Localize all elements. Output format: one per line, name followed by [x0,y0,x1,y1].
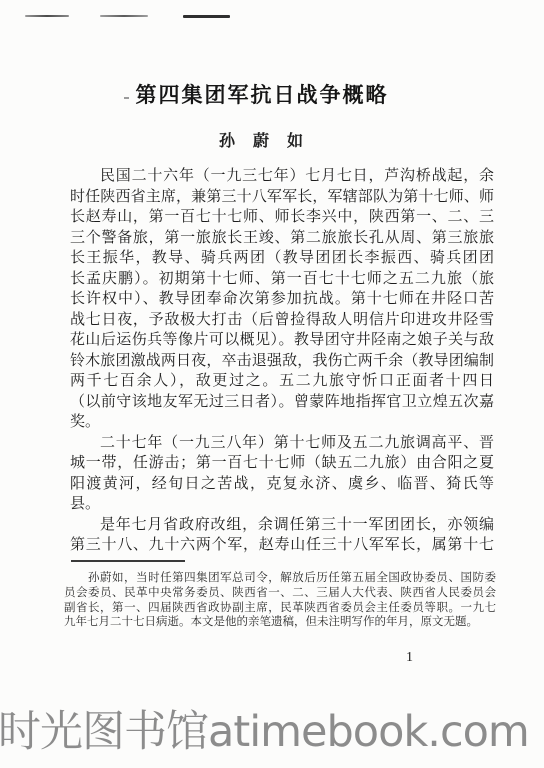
scan-artifact-line [100,15,148,17]
footnote-line: 副省长，第一、四届陕西省政协副主席，民革陕西省委员会主任委员等职。一九七 [64,601,496,616]
scanned-book-page: 第四集团军抗日战争概略 孙 蔚 如 民国二十六年（一九三七年）七月七日，芦沟桥战… [0,0,544,768]
body-text-line: 二十七年（一九三八年）第十七师及五二九旅调高平、晋 [70,433,494,454]
body-text-line: 两千七百余人），敌更过之。五二九旅守忻口正面者十四日 [70,371,494,392]
body-text-line: 是年七月省政府改组，余调任第三十一军团团长，亦领编 [70,515,494,536]
body-text-line: 奖。 [70,412,494,433]
body-text-line: 时任陕西省主席，兼第三十八军军长，军辖部队为第十七师、师 [70,187,494,208]
body-paragraph: 民国二十六年（一九三七年）七月七日，芦沟桥战起，余 时任陕西省主席，兼第三十八军… [70,166,494,433]
footnote: 孙蔚如，当时任第四集团军总司令，解放后历任第五届全国政协委员、国防委 员会委员、… [64,571,496,630]
body-paragraph: 是年七月省政府改组，余调任第三十一军团团长，亦领编 第三十八、九十六两个军，赵寿… [70,515,494,556]
body-text-line: 长赵寿山，第一百七十七师、师长李兴中，陕西第一、二、三 [70,207,494,228]
body-text-line: 城一带，任游击；第一百七十七师（缺五二九旅）由合阳之夏 [70,453,494,474]
author-name: 孙 蔚 如 [50,128,474,151]
body-text-line: 战七日夜，予敌极大打击（后曾捡得敌人明信片印进攻井陉雪 [70,310,494,331]
footnote-line: 员会委员、民革中央常务委员、陕西省一、二、三届人大代表、陕西省人民委员会 [64,586,496,601]
body-text-line: 民国二十六年（一九三七年）七月七日，芦沟桥战起，余 [70,166,494,187]
scan-artifact-line [25,15,69,17]
body-paragraph: 二十七年（一九三八年）第十七师及五二九旅调高平、晋 城一带，任游击；第一百七十七… [70,433,494,515]
body-text-line: 铃木旅团激战两日夜，卒击退强敌，我伤亡两千余（教导团编制 [70,351,494,372]
watermark-text: 时光图书馆atimebook.com [0,703,544,761]
body-text-line: 县。 [70,494,494,515]
body-text-line: 三个警备旅，第一旅旅长王竣、第二旅旅长孔从周、第三旅旅 [70,228,494,249]
footnote-line: 九年七月二十七日病逝。本文是他的亲笔遗稿，但未注明写作的年月，原文无题。 [64,615,496,630]
body-text-line: 第三十八、九十六两个军，赵寿山任三十八军军长，属第十七 [70,535,494,556]
body-text-line: 长许权中）、教导团奉命次第参加抗战。第十七师在井陉口苦 [70,289,494,310]
footnote-line: 孙蔚如，当时任第四集团军总司令，解放后历任第五届全国政协委员、国防委 [64,571,496,586]
body-text-line: （以前守该地友军无过三日者）。曾蒙阵地指挥官卫立煌五次嘉 [70,392,494,413]
body-text-line: 阳渡黄河，经旬日之苦战，克复永济、虞乡、临晋、猗氏等 [70,474,494,495]
body-text-line: 长王振华，教导、骑兵两团（教导团团长李振西、骑兵团团 [70,248,494,269]
scan-artifact-line [183,15,230,18]
body-text-line: 花山后运伤兵等像片可以概见）。教导团守井陉南之娘子关与敌 [70,330,494,351]
article-title: 第四集团军抗日战争概略 [50,79,474,109]
footnote-divider [71,560,185,562]
article-body: 民国二十六年（一九三七年）七月七日，芦沟桥战起，余 时任陕西省主席，兼第三十八军… [70,166,494,556]
body-text-line: 长孟庆鹏）。初期第十七师、第一百七十七师之五二九旅（旅 [70,269,494,290]
page-number: 1 [406,650,413,666]
